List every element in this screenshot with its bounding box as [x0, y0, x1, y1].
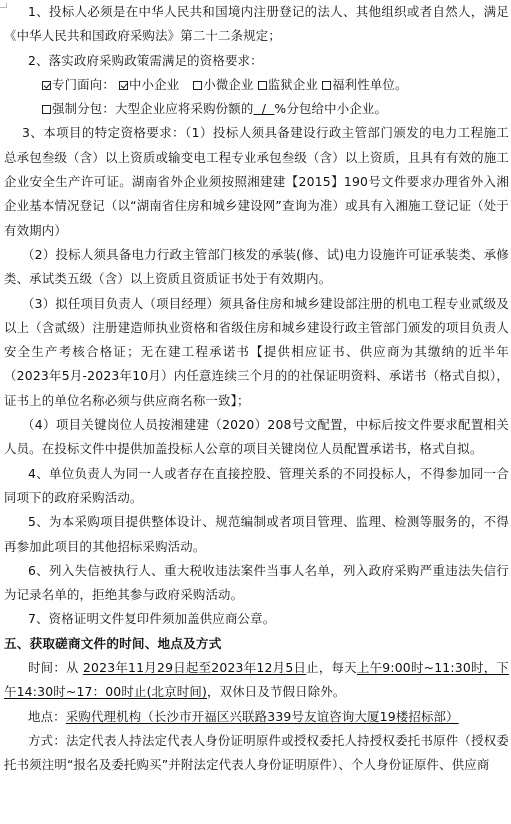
item-7-paragraph: 7、资格证明文件复印件须加盖供应商公章。 [4, 607, 509, 631]
prison-enterprise-label: 监狱企业 [268, 77, 318, 92]
place-value: 采购代理机构（长沙市开福区兴联路339号友谊咨询大厦19楼招标部） [66, 709, 459, 724]
method-label: 方式： [28, 733, 66, 748]
item-5-paragraph: 5、为本采购项目提供整体设计、规范编制或者项目管理、监理、检测等服务的，不得再参… [4, 510, 509, 559]
time-label: 时间：从 [28, 660, 79, 675]
sme-checkbox[interactable] [119, 81, 128, 90]
document-body: 1、投标人必须是在中华人民共和国境内注册登记的法人、其他组织或者自然人，满足《中… [4, 0, 509, 778]
place-paragraph: 地点：采购代理机构（长沙市开福区兴联路339号友谊咨询大厦19楼招标部） [4, 705, 509, 729]
welfare-unit-label: 福利性单位。 [332, 77, 408, 92]
item-2-intro: 2、落实政府采购政策需满足的资格要求： [4, 49, 509, 73]
micro-enterprise-checkbox[interactable] [193, 81, 202, 90]
forced-split-row: 强制分包：大型企业应将采购份额的 / %分包给中小企业。 [4, 97, 509, 121]
forced-split-percent-blank: / [253, 101, 274, 116]
item-6-paragraph: 6、列入失信被执行人、重大税收违法案件当事人名单，列入政府采购严重违法失信行为记… [4, 559, 509, 608]
item-3-paragraph-4: （4）项目关键岗位人员按湘建建（2020）208号文配置，中标后按文件要求配置相… [4, 413, 509, 462]
method-paragraph: 方式：法定代表人持法定代表人身份证明原件或授权委托人持授权委托书原件（授权委托书… [4, 729, 509, 778]
dedicated-checkbox[interactable] [42, 81, 51, 90]
item-1-paragraph: 1、投标人必须是在中华人民共和国境内注册登记的法人、其他组织或者自然人，满足《中… [4, 0, 509, 49]
item-3-paragraph-1: 3、本项目的特定资格要求：（1）投标人须具备建设行政主管部门颁发的电力工程施工总… [4, 121, 509, 242]
dedicated-row: 专门面向：中小企业小微企业监狱企业福利性单位。 [4, 73, 509, 97]
prison-enterprise-checkbox[interactable] [258, 81, 267, 90]
sme-label: 中小企业 [129, 77, 179, 92]
time-mid: 止，每天 [306, 660, 357, 675]
time-date-range: 2023年11月29日起至2023年12月5日 [83, 660, 306, 675]
item-3-paragraph-3: （3）拟任项目负责人（项目经理）须具备住房和城乡建设部注册的机电工程专业贰级及以… [4, 292, 509, 413]
time-paragraph: 时间：从 2023年11月29日起至2023年12月5日止，每天上午9:00时~… [4, 656, 509, 705]
time-tail: ，双休日及节假日除外。 [207, 684, 346, 699]
welfare-unit-checkbox[interactable] [322, 81, 331, 90]
item-3-paragraph-2: （2）投标人须具备电力行政主管部门核发的承装(修、试)电力设施许可证承装类、承修… [4, 243, 509, 292]
forced-split-text-before: 大型企业应将采购份额的 [115, 101, 254, 116]
forced-split-text-after: %分包给中小企业。 [274, 101, 387, 116]
forced-split-label: 强制分包： [52, 101, 115, 116]
item-4-paragraph: 4、单位负责人为同一人或者存在直接控股、管理关系的不同投标人，不得参加同一合同项… [4, 462, 509, 511]
method-text: 法定代表人持法定代表人身份证明原件或授权委托人持授权委托书原件（授权委托书须注明… [4, 733, 509, 772]
forced-split-checkbox[interactable] [42, 105, 51, 114]
dedicated-label: 专门面向： [52, 77, 115, 92]
place-label: 地点： [28, 709, 66, 724]
time-zone: (北京时间) [147, 684, 207, 699]
micro-enterprise-label: 小微企业 [203, 77, 253, 92]
section-5-heading: 五、获取磋商文件的时间、地点及方式 [4, 632, 509, 656]
